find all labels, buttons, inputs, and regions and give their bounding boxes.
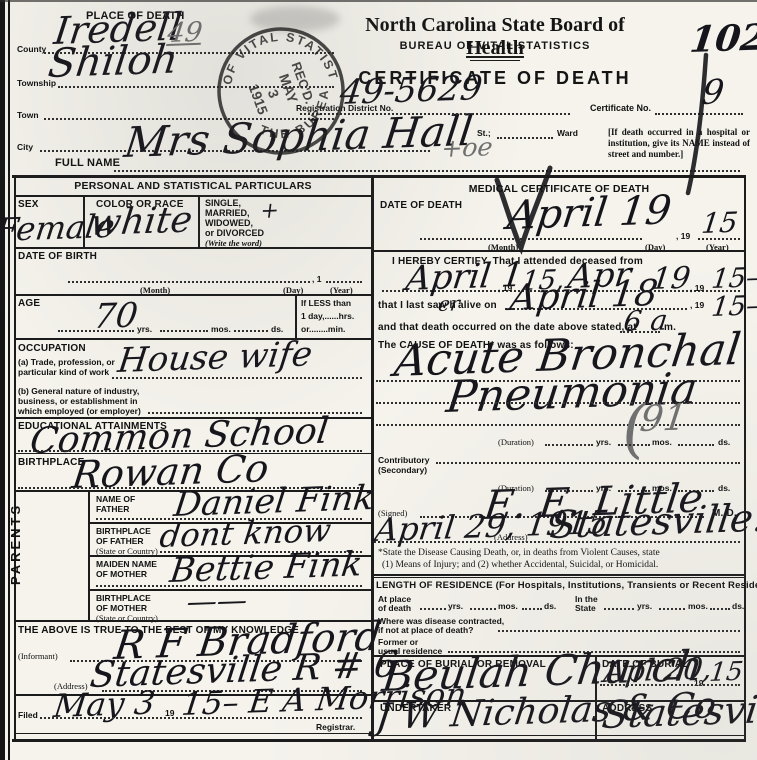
dotted-line — [545, 444, 593, 446]
occupation-label: OCCUPATION — [18, 343, 86, 354]
ink-smudge — [250, 6, 340, 32]
last-saw-year-prefix: , 19 — [690, 300, 704, 310]
last-saw-year-handwriting: 15– — [710, 292, 757, 321]
registrar-label: Registrar. — [316, 722, 355, 732]
dotted-line — [470, 608, 496, 610]
dotted-line — [710, 608, 730, 610]
certificate-no-handwriting: 9 — [700, 75, 726, 110]
length-of-residence-heading: LENGTH OF RESIDENCE (For Hospitals, Inst… — [376, 580, 757, 591]
burial-year-handwriting: 15 — [708, 659, 744, 686]
township-value-handwriting: Shiloh — [46, 40, 180, 84]
occupation-b-line1: (b) General nature of industry, — [18, 386, 139, 396]
cause-footnote-line1: *State the Disease Causing Death, or, in… — [378, 548, 740, 559]
rule-line — [14, 294, 372, 296]
dotted-line — [40, 717, 362, 719]
dotted-line — [522, 608, 542, 610]
disease-contracted-line2: if not at place of death? — [378, 625, 473, 635]
mother-birthplace-label-line1: BIRTHPLACE — [96, 593, 151, 603]
rule-line — [14, 247, 372, 249]
form-number-handwriting: 102 — [688, 19, 757, 58]
stamp-day-text: 3 — [265, 87, 283, 100]
occupation-value-handwriting: House wife — [116, 337, 314, 378]
rule-line — [14, 175, 16, 741]
bureau-subtitle: BUREAU OF VITAL STATISTICS — [340, 40, 650, 52]
dotted-line — [58, 86, 334, 88]
dotted-line — [374, 541, 740, 543]
father-name-label-line1: NAME OF — [96, 494, 135, 504]
dotted-line — [604, 608, 634, 610]
board-of-health-title: North Carolina State Board of Health — [340, 14, 650, 60]
marital-mark-handwriting: + — [259, 200, 280, 223]
mother-name-label-line2: OF MOTHER — [96, 569, 147, 579]
cause-duration-mos: mos. — [652, 437, 672, 447]
rule-line — [12, 175, 746, 178]
hospital-instruction-note: [If death occurred in a hospital or inst… — [608, 127, 750, 159]
dotted-line — [326, 281, 362, 283]
dotted-line — [678, 444, 714, 446]
at-place-yrs: yrs. — [448, 601, 463, 611]
informant-label: (Informant) — [18, 651, 58, 661]
at-place-ds: ds. — [544, 601, 556, 611]
age-label: AGE — [18, 298, 40, 309]
at-place-mos: mos. — [498, 601, 518, 611]
if-less-line3: or........min. — [301, 324, 345, 334]
mother-name-handwriting: Bettie Fink — [168, 547, 364, 588]
rule-line — [198, 195, 200, 247]
personal-section-heading: PERSONAL AND STATISTICAL PARTICULARS — [14, 180, 372, 192]
stamp-recd-text: REC'D. — [289, 60, 318, 106]
contrib-duration-ds: ds. — [718, 483, 730, 493]
date-of-death-handwriting: April 19 — [505, 190, 674, 236]
full-name-handwriting: Mrs Sophia Hall — [122, 110, 475, 164]
age-ds-unit: ds. — [271, 324, 283, 334]
dotted-line — [68, 281, 310, 283]
rule-line — [14, 733, 372, 734]
rule-line — [372, 577, 744, 578]
contributory-label-line1: Contributory — [378, 455, 429, 465]
contributory-label-line2: (Secondary) — [378, 465, 427, 475]
signed-address-handwriting: Statesville. — [548, 499, 757, 544]
dotted-line — [655, 113, 743, 115]
occupation-a-line2: particular kind of work — [18, 367, 109, 377]
city-label: City — [17, 142, 33, 152]
mother-name-label-line1: MAIDEN NAME — [96, 559, 157, 569]
dotted-line — [420, 608, 446, 610]
dotted-line — [659, 608, 685, 610]
parents-side-label: PARENTS — [8, 503, 23, 585]
full-name-label: FULL NAME — [55, 157, 120, 169]
cause-duration-ds: ds. — [718, 437, 730, 447]
full-name-pencil-note: +oe — [440, 134, 494, 161]
dotted-line — [698, 238, 740, 240]
stamp-month-text: MAY — [276, 72, 301, 106]
in-state-ds: ds. — [732, 601, 744, 611]
death-certificate-scan: PLACE OF DEATH County Iredell 49 Townshi… — [0, 0, 757, 760]
rule-line — [372, 250, 744, 252]
dotted-line — [234, 330, 268, 332]
occupation-b-line2: business, or establishment in — [18, 396, 138, 406]
registration-district-handwriting: 49-5629 — [338, 71, 484, 110]
dotted-line — [618, 444, 650, 446]
rule-line — [470, 60, 520, 61]
to-year-prefix: , 19 — [690, 283, 704, 293]
occupation-b-line3: which employed (or employer) — [18, 406, 141, 416]
ward-label: Ward — [557, 128, 578, 138]
dotted-line — [498, 630, 740, 632]
date-of-death-label: DATE OF DEATH — [380, 200, 462, 211]
age-value-handwriting: 70 — [92, 299, 140, 334]
sex-label: SEX — [18, 199, 39, 210]
in-state-yrs: yrs. — [637, 601, 652, 611]
scan-edge-left-inner — [8, 0, 10, 760]
marital-hint: (Write the word) — [205, 238, 262, 248]
in-state-label-line2: State — [575, 603, 596, 613]
dotted-line — [436, 462, 740, 464]
rule-line — [466, 56, 524, 58]
father-name-label-line2: FATHER — [96, 504, 129, 514]
rule-line — [14, 195, 372, 197]
county-label: County — [17, 44, 46, 54]
filed-label: Filed — [18, 710, 38, 720]
if-less-line2: 1 day,......hrs. — [301, 311, 354, 321]
mother-birthplace-handwriting: —— — [185, 586, 249, 618]
in-state-mos: mos. — [688, 601, 708, 611]
dotted-line — [160, 330, 208, 332]
rule-line — [372, 735, 744, 736]
dotted-line — [420, 238, 642, 240]
dob-year-prefix: , 1 — [312, 274, 321, 284]
mother-birthplace-label-line2: OF MOTHER — [96, 603, 147, 613]
cause-duration-label: (Duration) — [498, 437, 534, 447]
dod-year-prefix: , 19 — [676, 231, 690, 241]
to-year-handwriting: 15– — [710, 264, 757, 293]
if-less-line1: If LESS than — [301, 298, 351, 308]
pencil-number-note: 91 — [638, 400, 688, 438]
dotted-line — [497, 137, 553, 139]
rule-line — [372, 574, 744, 576]
town-label: Town — [17, 110, 39, 120]
dotted-line — [58, 330, 134, 332]
cause-duration-yrs: yrs. — [596, 437, 611, 447]
father-birthplace-label-line2: OF FATHER — [96, 536, 144, 546]
street-label: St.; — [477, 128, 491, 138]
rule-line — [12, 739, 746, 742]
age-mos-unit: mos. — [211, 324, 231, 334]
rule-line — [295, 294, 297, 338]
dod-year-handwriting: 15 — [700, 209, 739, 238]
undertaker-address-handwriting: Statesville — [600, 689, 757, 734]
occupation-a-line1: (a) Trade, profession, or — [18, 357, 115, 367]
date-of-birth-label: DATE OF BIRTH — [18, 251, 97, 262]
scan-edge-top — [0, 0, 757, 2]
dotted-line — [300, 113, 570, 115]
at-place-label-line2: of death — [378, 603, 411, 613]
certificate-no-label: Certificate No. — [590, 103, 651, 114]
dotted-line — [114, 170, 740, 172]
dotted-line — [600, 684, 740, 686]
last-saw-text-mid: alive on — [458, 300, 497, 311]
cause-footnote-line2: (1) Means of Injury; and (2) whether Acc… — [382, 560, 740, 571]
father-birthplace-label-line1: BIRTHPLACE — [96, 526, 151, 536]
color-value-handwriting: white — [88, 202, 194, 242]
age-yrs-unit: yrs. — [137, 324, 152, 334]
scan-edge-left-outer — [0, 0, 5, 760]
